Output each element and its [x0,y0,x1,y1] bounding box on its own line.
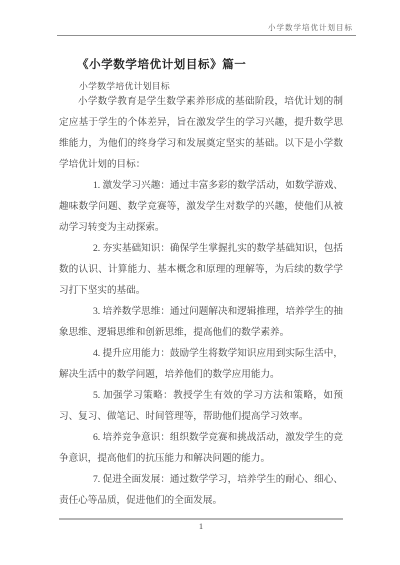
goal-item-paragraph: 2. 夯实基础知识：确保学生掌握扎实的数学基础知识，包括数的认识、计算能力、基本… [59,238,343,301]
running-header-text: 小学数学培优计划目标 [268,22,353,33]
goal-item-paragraph: 7. 促进全面发展：通过数学学习，培养学生的耐心、细心、责任心等品质，促进他们的… [59,469,343,511]
goal-item-paragraph: 3. 培养数学思维：通过问题解决和逻辑推理，培养学生的抽象思维、逻辑思维和创新思… [59,301,343,343]
goal-item-paragraph: 1. 激发学习兴趣：通过丰富多彩的数学活动，如数学游戏、趣味数学问题、数学竞赛等… [59,175,343,238]
intro-paragraph: 小学数学教育是学生数学素养形成的基础阶段，培优计划的制定应基于学生的个体差异，旨… [59,91,343,175]
header-rule [57,35,356,36]
page-number: 1 [59,521,343,531]
document-page: 小学数学培优计划目标 《小学数学培优计划目标》篇一 小学数学培优计划目标 小学数… [0,0,400,565]
document-body: 小学数学教育是学生数学素养形成的基础阶段，培优计划的制定应基于学生的个体差异，旨… [59,91,343,511]
goal-item-paragraph: 5. 加强学习策略：教授学生有效的学习方法和策略，如预习、复习、做笔记、时间管理… [59,385,343,427]
goal-item-paragraph: 6. 培养竞争意识：组织数学竞赛和挑战活动，激发学生的竞争意识，提高他们的抗压能… [59,427,343,469]
document-title: 《小学数学培优计划目标》篇一 [77,56,246,72]
footer-rule [59,518,343,520]
goal-item-paragraph: 4. 提升应用能力：鼓励学生将数学知识应用到实际生活中，解决生活中的数学问题，培… [59,343,343,385]
